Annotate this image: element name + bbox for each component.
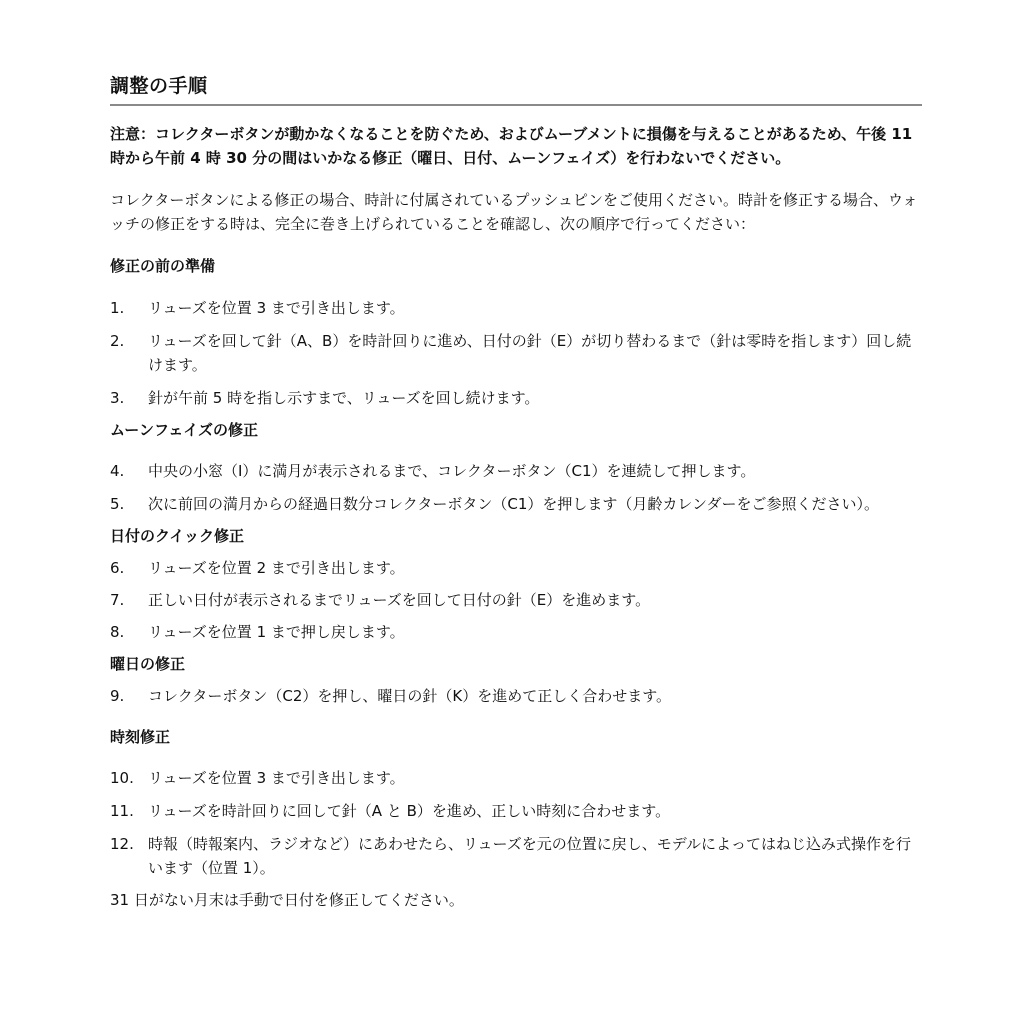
step-item: 6. リューズを位置 2 まで引き出します。 xyxy=(110,556,922,580)
step-text: 針が午前 5 時を指し示すまで、リューズを回し続けます。 xyxy=(148,386,922,410)
step-number: 10. xyxy=(110,766,148,790)
step-number: 4. xyxy=(110,459,148,483)
step-text: 時報（時報案内、ラジオなど）にあわせたら、リューズを元の位置に戻し、モデルによっ… xyxy=(148,832,922,880)
step-text: リューズを時計回りに回して針（A と B）を進め、正しい時刻に合わせます。 xyxy=(148,799,922,823)
step-item: 10. リューズを位置 3 まで引き出します。 xyxy=(110,766,922,790)
caution-notice: 注意：コレクターボタンが動かなくなることを防ぐため、およびムーブメントに損傷を与… xyxy=(110,122,922,170)
section-heading: 曜日の修正 xyxy=(110,652,922,676)
page-title: 調整の手順 xyxy=(110,72,922,106)
step-text: リューズを回して針（A、B）を時計回りに進め、日付の針（E）が切り替わるまで（針… xyxy=(148,329,922,377)
section-quick-date: 日付のクイック修正 6. リューズを位置 2 まで引き出します。 7. 正しい日… xyxy=(110,524,922,644)
step-item: 11. リューズを時計回りに回して針（A と B）を進め、正しい時刻に合わせます… xyxy=(110,799,922,823)
step-list: 9. コレクターボタン（C2）を押し、曜日の針（K）を進めて正しく合わせます。 xyxy=(110,684,922,708)
section-time: 時刻修正 10. リューズを位置 3 まで引き出します。 11. リューズを時計… xyxy=(110,725,922,880)
step-list: 10. リューズを位置 3 まで引き出します。 11. リューズを時計回りに回し… xyxy=(110,766,922,880)
step-number: 1. xyxy=(110,296,148,320)
section-moonphase: ムーンフェイズの修正 4. 中央の小窓（I）に満月が表示されるまで、コレクターボ… xyxy=(110,418,922,516)
step-number: 3. xyxy=(110,386,148,410)
step-number: 11. xyxy=(110,799,148,823)
step-item: 12. 時報（時報案内、ラジオなど）にあわせたら、リューズを元の位置に戻し、モデ… xyxy=(110,832,922,880)
step-number: 9. xyxy=(110,684,148,708)
section-preparation: 修正の前の準備 1. リューズを位置 3 まで引き出します。 2. リューズを回… xyxy=(110,254,922,410)
step-text: リューズを位置 3 まで引き出します。 xyxy=(148,766,922,790)
step-number: 8. xyxy=(110,620,148,644)
step-item: 2. リューズを回して針（A、B）を時計回りに進め、日付の針（E）が切り替わるま… xyxy=(110,329,922,377)
section-heading: 修正の前の準備 xyxy=(110,254,922,278)
step-item: 7. 正しい日付が表示されるまでリューズを回して日付の針（E）を進めます。 xyxy=(110,588,922,612)
step-number: 7. xyxy=(110,588,148,612)
section-weekday: 曜日の修正 9. コレクターボタン（C2）を押し、曜日の針（K）を進めて正しく合… xyxy=(110,652,922,708)
step-item: 8. リューズを位置 1 まで押し戻します。 xyxy=(110,620,922,644)
step-list: 1. リューズを位置 3 まで引き出します。 2. リューズを回して針（A、B）… xyxy=(110,296,922,410)
footer-note: 31 日がない月末は手動で日付を修正してください。 xyxy=(110,888,922,912)
intro-paragraph: コレクターボタンによる修正の場合、時計に付属されているプッシュピンをご使用くださ… xyxy=(110,188,922,236)
step-list: 4. 中央の小窓（I）に満月が表示されるまで、コレクターボタン（C1）を連続して… xyxy=(110,459,922,516)
step-text: 中央の小窓（I）に満月が表示されるまで、コレクターボタン（C1）を連続して押しま… xyxy=(148,459,922,483)
step-text: 次に前回の満月からの経過日数分コレクターボタン（C1）を押します（月齢カレンダー… xyxy=(148,492,922,516)
step-number: 12. xyxy=(110,832,148,880)
step-text: コレクターボタン（C2）を押し、曜日の針（K）を進めて正しく合わせます。 xyxy=(148,684,922,708)
step-item: 3. 針が午前 5 時を指し示すまで、リューズを回し続けます。 xyxy=(110,386,922,410)
step-number: 6. xyxy=(110,556,148,580)
step-text: 正しい日付が表示されるまでリューズを回して日付の針（E）を進めます。 xyxy=(148,588,922,612)
document-page: 調整の手順 注意：コレクターボタンが動かなくなることを防ぐため、およびムーブメン… xyxy=(110,72,922,912)
step-text: リューズを位置 3 まで引き出します。 xyxy=(148,296,922,320)
section-heading: 時刻修正 xyxy=(110,725,922,749)
step-item: 1. リューズを位置 3 まで引き出します。 xyxy=(110,296,922,320)
section-heading: ムーンフェイズの修正 xyxy=(110,418,922,442)
step-item: 4. 中央の小窓（I）に満月が表示されるまで、コレクターボタン（C1）を連続して… xyxy=(110,459,922,483)
step-item: 5. 次に前回の満月からの経過日数分コレクターボタン（C1）を押します（月齢カレ… xyxy=(110,492,922,516)
step-number: 5. xyxy=(110,492,148,516)
step-list: 6. リューズを位置 2 まで引き出します。 7. 正しい日付が表示されるまでリ… xyxy=(110,556,922,644)
step-number: 2. xyxy=(110,329,148,377)
step-text: リューズを位置 2 まで引き出します。 xyxy=(148,556,922,580)
step-text: リューズを位置 1 まで押し戻します。 xyxy=(148,620,922,644)
step-item: 9. コレクターボタン（C2）を押し、曜日の針（K）を進めて正しく合わせます。 xyxy=(110,684,922,708)
section-heading: 日付のクイック修正 xyxy=(110,524,922,548)
